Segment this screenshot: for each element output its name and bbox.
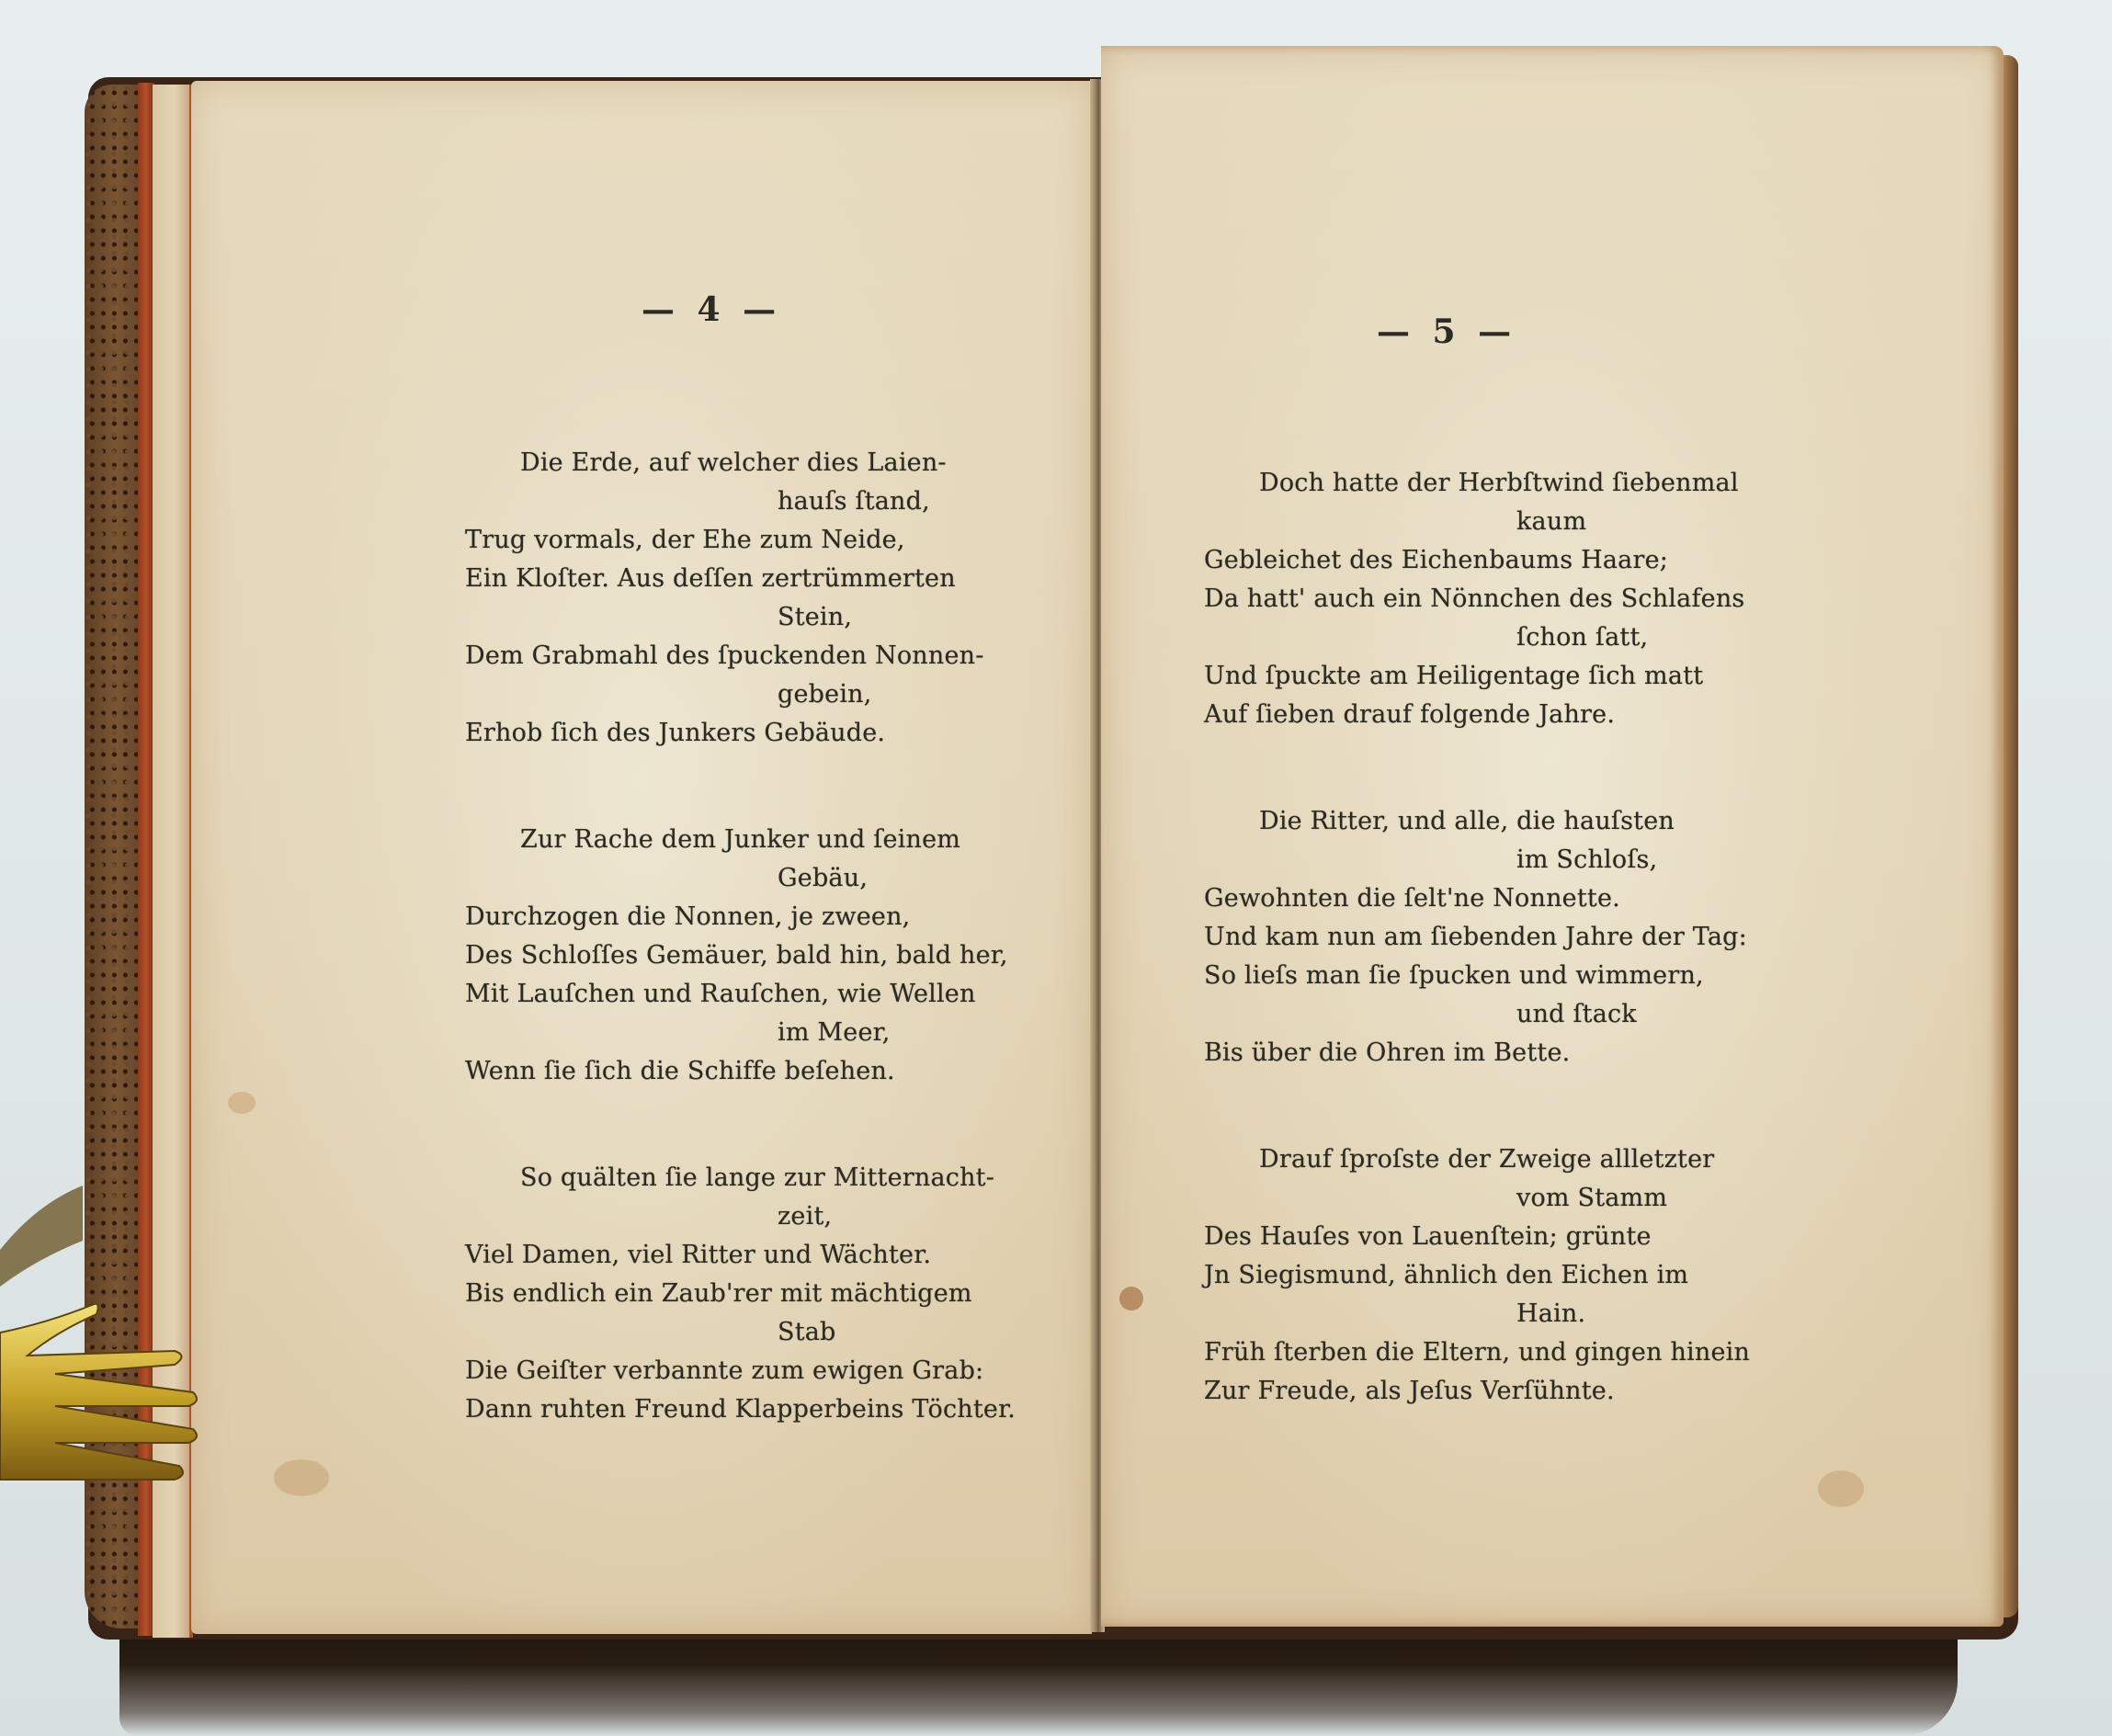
verse-line: Und ſpuckte am Heiligentage ſich matt: [1204, 657, 1750, 696]
left-page: — 4 — Die Erde, auf welcher dies Laien-h…: [191, 81, 1092, 1634]
stanza: Die Erde, auf welcher dies Laien-hauſs ſ…: [465, 444, 1016, 753]
verse-line: vom Stamm: [1204, 1179, 1750, 1218]
stanza: Zur Rache dem Junker und ſeinemGebäu,Dur…: [465, 821, 1016, 1091]
stanza: Doch hatte der Herbſtwind ſiebenmalkaumG…: [1204, 464, 1750, 734]
verse-line: So lieſs man ſie ſpucken und wimmern,: [1204, 957, 1750, 995]
verse-line: Die Geiſter verbannte zum ewigen Grab:: [465, 1352, 1016, 1390]
foxing-stain: [274, 1459, 329, 1496]
verse-line: Erhob ſich des Junkers Gebäude.: [465, 714, 1016, 753]
verse-line: Die Ritter, und alle, die hauſsten: [1204, 802, 1750, 841]
verse-line: Stein,: [465, 598, 1016, 637]
foxing-stain: [1119, 1287, 1143, 1311]
verse-line: Gebäu,: [465, 859, 1016, 898]
verse-line: Gewohnten die ſelt'ne Nonnette.: [1204, 879, 1750, 918]
verse-line: Des Schloſſes Gemäuer, bald hin, bald he…: [465, 936, 1016, 975]
verse-line: Wenn ſie ſich die Schiffe beſehen.: [465, 1052, 1016, 1091]
page-stack-right: [2002, 55, 2018, 1617]
verse-line: Auf ſieben drauf folgende Jahre.: [1204, 696, 1750, 734]
verse-line: Des Hauſes von Lauenſtein; grünte: [1204, 1218, 1750, 1256]
verse-line: Gebleichet des Eichenbaums Haare;: [1204, 541, 1750, 580]
verse-line: im Meer,: [465, 1014, 1016, 1052]
verse-line: Dann ruhten Freund Klapperbeins Töchter.: [465, 1390, 1016, 1429]
verse-line: Drauf ſproſste der Zweige allletzter: [1204, 1140, 1750, 1179]
verse-line: Ein Kloſter. Aus deſſen zertrümmerten: [465, 560, 1016, 598]
verse-line: Zur Freude, als Jeſus Verſühnte.: [1204, 1372, 1750, 1411]
golden-hand-bookmark[interactable]: [0, 1186, 211, 1535]
verse-line: Früh ſterben die Eltern, und gingen hine…: [1204, 1333, 1750, 1372]
verse-line: hauſs ſtand,: [465, 482, 1016, 521]
verse-line: ſchon ſatt,: [1204, 618, 1750, 657]
right-page-text: Doch hatte der Herbſtwind ſiebenmalkaumG…: [1204, 464, 1750, 1479]
verse-line: Doch hatte der Herbſtwind ſiebenmal: [1204, 464, 1750, 503]
verse-line: Und kam nun am ſiebenden Jahre der Tag:: [1204, 918, 1750, 957]
verse-line: Trug vormals, der Ehe zum Neide,: [465, 521, 1016, 560]
foxing-stain: [1818, 1470, 1864, 1507]
verse-line: Zur Rache dem Junker und ſeinem: [465, 821, 1016, 859]
verse-line: Mit Lauſchen und Rauſchen, wie Wellen: [465, 975, 1016, 1014]
verse-line: Die Erde, auf welcher dies Laien-: [465, 444, 1016, 482]
verse-line: Dem Grabmahl des ſpuckenden Nonnen-: [465, 637, 1016, 675]
stanza: So quälten ſie lange zur Mitternacht-zei…: [465, 1159, 1016, 1429]
right-page: — 5 — Doch hatte der Herbſtwind ſiebenma…: [1101, 46, 2004, 1627]
verse-line: Bis über die Ohren im Bette.: [1204, 1034, 1750, 1072]
verse-line: Jn Siegismund, ähnlich den Eichen im: [1204, 1256, 1750, 1295]
verse-line: zeit,: [465, 1197, 1016, 1236]
stanza: Die Ritter, und alle, die hauſstenim Sch…: [1204, 802, 1750, 1072]
verse-line: Stab: [465, 1313, 1016, 1352]
verse-line: Viel Damen, viel Ritter und Wächter.: [465, 1236, 1016, 1275]
verse-line: So quälten ſie lange zur Mitternacht-: [465, 1159, 1016, 1197]
verse-line: Durchzogen die Nonnen, je zween,: [465, 898, 1016, 936]
page-number-right: — 5 —: [1377, 312, 1516, 351]
verse-line: Hain.: [1204, 1295, 1750, 1333]
verse-line: kaum: [1204, 503, 1750, 541]
verse-line: Bis endlich ein Zaub'rer mit mächtigem: [465, 1275, 1016, 1313]
foxing-stain: [228, 1092, 255, 1114]
page-number-left: — 4 —: [642, 290, 781, 329]
verse-line: und ſtack: [1204, 995, 1750, 1034]
stanza: Drauf ſproſste der Zweige allletztervom …: [1204, 1140, 1750, 1411]
verse-line: gebein,: [465, 675, 1016, 714]
verse-line: Da hatt' auch ein Nönnchen des Schlafens: [1204, 580, 1750, 618]
verse-line: im Schloſs,: [1204, 841, 1750, 879]
left-page-text: Die Erde, auf welcher dies Laien-hauſs ſ…: [465, 444, 1016, 1497]
